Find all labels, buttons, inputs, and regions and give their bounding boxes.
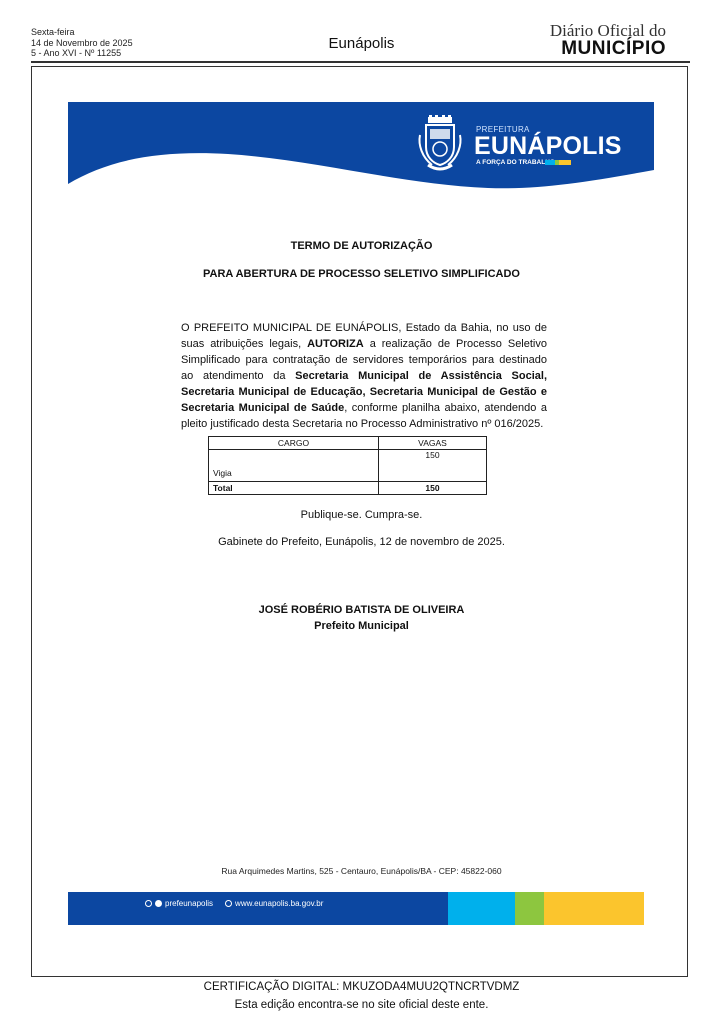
cell-vagas: 150 bbox=[379, 450, 487, 482]
table-row: Vigia 150 bbox=[209, 450, 487, 482]
signatory-name: JOSÉ ROBÉRIO BATISTA DE OLIVEIRA bbox=[0, 604, 723, 616]
paragraph-segment-bold: AUTORIZA bbox=[307, 338, 364, 350]
page-frame bbox=[31, 66, 688, 977]
positions-table: CARGO VAGAS Vigia 150 Total 150 bbox=[208, 436, 487, 495]
footer-cyan-segment bbox=[448, 892, 515, 925]
social-links: prefeunapolis www.eunapolis.ba.gov.br bbox=[145, 899, 323, 908]
footer-blue-segment: prefeunapolis www.eunapolis.ba.gov.br bbox=[68, 892, 448, 925]
place-and-date: Gabinete do Prefeito, Eunápolis, 12 de n… bbox=[0, 536, 723, 548]
masthead-logo: Diário Oficial do MUNICÍPIO bbox=[550, 22, 666, 59]
footer-yellow-segment bbox=[544, 892, 644, 925]
masthead-line2: MUNICÍPIO bbox=[550, 39, 666, 59]
masthead-line1: Diário Oficial do bbox=[550, 22, 666, 39]
publication-order: Publique-se. Cumpra-se. bbox=[0, 509, 723, 521]
document-subtitle: PARA ABERTURA DE PROCESSO SELETIVO SIMPL… bbox=[0, 268, 723, 280]
total-label: Total bbox=[209, 482, 379, 495]
social-handle[interactable]: prefeunapolis bbox=[165, 899, 213, 908]
column-header-vagas: VAGAS bbox=[379, 437, 487, 450]
cell-cargo: Vigia bbox=[209, 450, 379, 482]
digital-certification: CERTIFICAÇÃO DIGITAL: MKUZODA4MUU2QTNCRT… bbox=[0, 981, 723, 993]
table-total-row: Total 150 bbox=[209, 482, 487, 495]
column-header-cargo: CARGO bbox=[209, 437, 379, 450]
footer-address: Rua Arquimedes Martins, 525 - Centauro, … bbox=[0, 866, 723, 876]
total-value: 150 bbox=[379, 482, 487, 495]
coat-of-arms-icon bbox=[414, 115, 466, 173]
facebook-icon bbox=[155, 900, 162, 907]
footer-green-segment bbox=[515, 892, 544, 925]
header-divider bbox=[31, 61, 690, 63]
prefeitura-logo: PREFEITURA EUNÁPOLIS A FORÇA DO TRABALHO bbox=[414, 115, 614, 177]
signatory-role: Prefeito Municipal bbox=[0, 620, 723, 632]
website-link[interactable]: www.eunapolis.ba.gov.br bbox=[235, 899, 323, 908]
authorization-paragraph: O PREFEITO MUNICIPAL DE EUNÁPOLIS, Estad… bbox=[181, 320, 547, 432]
slogan: A FORÇA DO TRABALHO bbox=[476, 159, 555, 166]
document-title: TERMO DE AUTORIZAÇÃO bbox=[0, 240, 723, 252]
site-note: Esta edição encontra-se no site oficial … bbox=[0, 999, 723, 1011]
city-wordmark: EUNÁPOLIS bbox=[474, 133, 622, 159]
slogan-color-bar bbox=[545, 160, 571, 165]
footer-bar: prefeunapolis www.eunapolis.ba.gov.br bbox=[68, 892, 644, 925]
globe-icon bbox=[225, 900, 232, 907]
instagram-icon bbox=[145, 900, 152, 907]
table-header-row: CARGO VAGAS bbox=[209, 437, 487, 450]
